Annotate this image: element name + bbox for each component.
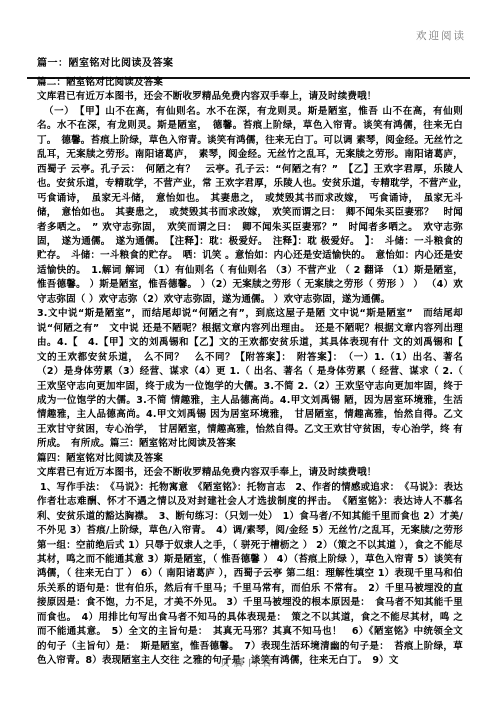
section-heading-2: 篇二：陋室铭对比阅读及答案 (37, 76, 463, 90)
library-promo-line-1: 文库君已有近万本图书，还会不断收罗精品免费内容双手奉上，请及时续费哦！ (37, 90, 463, 104)
passage-paragraph-1: （一） 【甲】山不在高，有仙则名。水不在深，有龙则灵。斯是陋室，惟吾 山不在高，… (37, 105, 463, 307)
document-body: 篇二：陋室铭对比阅读及答案 文库君已有近万本图书，还会不断收罗精品免费内容双手奉… (37, 76, 463, 669)
document-page: 欢迎阅读 篇一：陋室铭对比阅读及答案 篇二：陋室铭对比阅读及答案 文库君已有近万… (0, 0, 496, 702)
passage-paragraph-2: 3.文中说“斯是陋室”，而结尾却说“何陋之有”，到底这屋子是陋 文中说“斯是陋室… (37, 307, 463, 452)
passage-paragraph-3: 1、写作手法： 《马说》：托物寓意 《陋室铭》：托物言志 2、作者的情感或追求：… (37, 481, 463, 669)
library-promo-line-2: 文库君已有近万本图书，还会不断收罗精品免费内容双手奉上，请及时续费哦！ (37, 466, 463, 480)
page-header-text: 欢迎阅读 (416, 28, 466, 43)
page-footer-text: 页脚内容 (0, 654, 496, 669)
section-heading-1-underline: 篇一：陋室铭对比阅读及答案 (27, 51, 470, 79)
section-heading-1: 篇一：陋室铭对比阅读及答案 (37, 58, 174, 69)
section-heading-4: 篇四：陋室铭对比阅读及答案 (37, 452, 463, 466)
